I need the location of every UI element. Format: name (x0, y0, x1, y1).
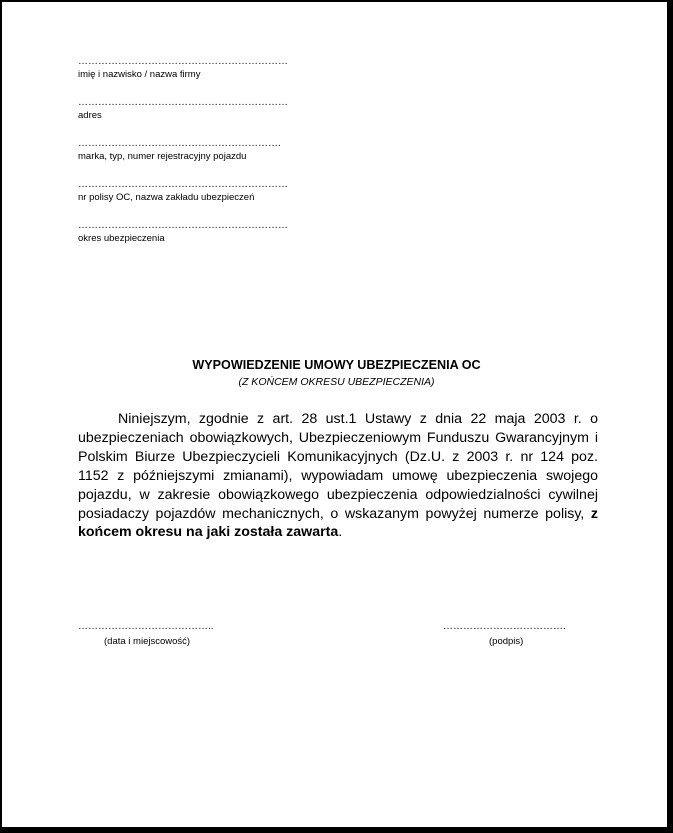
field-period: ……………………………………………………… okres ubezpieczeni… (78, 221, 320, 245)
fill-in-line: ……………………………………………………… (78, 57, 320, 67)
document-subtitle: (Z KOŃCEM OKRESU UBEZPIECZENIA) (2, 376, 671, 389)
date-label: (data i miejscowość) (104, 636, 190, 648)
field-label: imię i nazwisko / nazwa firmy (78, 69, 320, 81)
body-end: . (338, 524, 342, 540)
body-text: Niniejszym, zgodnie z art. 28 ust.1 Usta… (78, 411, 598, 522)
document-title: WYPOWIEDZENIE UMOWY UBEZPIECZENIA OC (2, 358, 671, 373)
field-address: ……………………………………………………… adres (78, 98, 320, 122)
field-policy: ……………………………………………………… nr polisy OC, nazw… (78, 180, 320, 204)
field-label: nr polisy OC, nazwa zakładu ubezpieczeń (78, 192, 320, 204)
field-name: ……………………………………………………… imię i nazwisko / … (78, 57, 320, 81)
date-line: ………………………………….. (78, 622, 240, 632)
fill-in-line: ……………………………………………………… (78, 98, 320, 108)
fill-in-line: ……………………………………………………. (78, 139, 320, 149)
fill-in-line: ……………………………………………………… (78, 221, 320, 231)
signature-line: ………………………………. (443, 622, 583, 632)
field-label: marka, typ, numer rejestracyjny pojazdu (78, 151, 320, 163)
fill-in-line: ……………………………………………………… (78, 180, 320, 190)
field-label: adres (78, 110, 320, 122)
field-label: okres ubezpieczenia (78, 233, 320, 245)
document-page: ……………………………………………………… imię i nazwisko / … (2, 2, 667, 827)
signature-label: (podpis) (489, 636, 523, 648)
field-vehicle: ……………………………………………………. marka, typ, numer … (78, 139, 320, 163)
body-paragraph: Niniejszym, zgodnie z art. 28 ust.1 Usta… (78, 410, 598, 542)
